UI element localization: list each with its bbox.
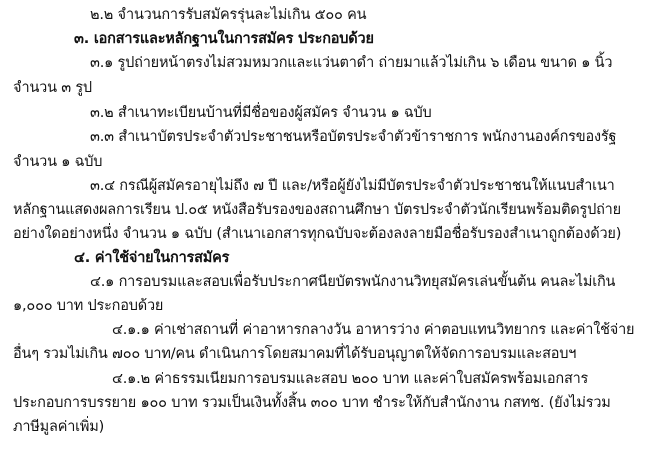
- item-4-1-2-line2: ประกอบการบรรยาย ๑๐๐ บาท รวมเป็นเงินทั้งส…: [13, 393, 611, 413]
- section-3-heading: ๓. เอกสารและหลักฐานในการสมัคร ประกอบด้วย: [74, 29, 374, 49]
- item-4-1-2-line1: ๔.๑.๒ ค่าธรรมเนียมการอบรมและสอบ ๒๐๐ บาท …: [112, 369, 588, 389]
- item-4-1-line1: ๔.๑ การอบรมและสอบเพื่อรับประกาศนียบัตรพน…: [90, 272, 615, 292]
- item-3-2-house-registration: ๓.๒ สำเนาทะเบียนบ้านที่มีชื่อของผู้สมัคร…: [90, 103, 432, 123]
- item-3-3-id-card-line1: ๓.๓ สำเนาบัตรประจำตัวประชาชนหรือบัตรประจ…: [90, 127, 616, 147]
- item-4-1-1-line2: อื่นๆ รวมไม่เกิน ๗๐๐ บาท/คน ดำเนินการโดย…: [13, 344, 576, 364]
- item-3-4-minor-line1: ๓.๔ กรณีผู้สมัครอายุไม่ถึง ๗ ปี และ/หรือ…: [90, 176, 615, 196]
- item-4-1-line2: ๑,๐๐๐ บาท ประกอบด้วย: [13, 296, 163, 316]
- item-3-4-minor-line3: อย่างใดอย่างหนึ่ง จำนวน ๑ ฉบับ (สำเนาเอก…: [13, 224, 621, 244]
- item-4-1-2-line3: ภาษีมูลค่าเพิ่ม): [13, 417, 104, 437]
- item-3-4-minor-line2: หลักฐานแสดงผลการเรียน ป.๐๕ หนังสือรับรอง…: [13, 200, 621, 220]
- item-4-1-1-line1: ๔.๑.๑ ค่าเช่าสถานที่ ค่าอาหารกลางวัน อาห…: [112, 320, 634, 340]
- item-3-1-photo-line1: ๓.๑ รูปถ่ายหน้าตรงไม่สวมหมวกและแว่นตาดำ …: [90, 53, 642, 73]
- item-3-1-photo-line2: จำนวน ๓ รูป: [13, 78, 92, 98]
- section-4-heading: ๔. ค่าใช้จ่ายในการสมัคร: [74, 248, 229, 268]
- item-3-3-id-card-line2: จำนวน ๑ ฉบับ: [13, 152, 102, 172]
- item-2-2-applicants-per-batch: ๒.๒ จำนวนการรับสมัครรุ่นละไม่เกิน ๕๐๐ คน: [90, 5, 366, 25]
